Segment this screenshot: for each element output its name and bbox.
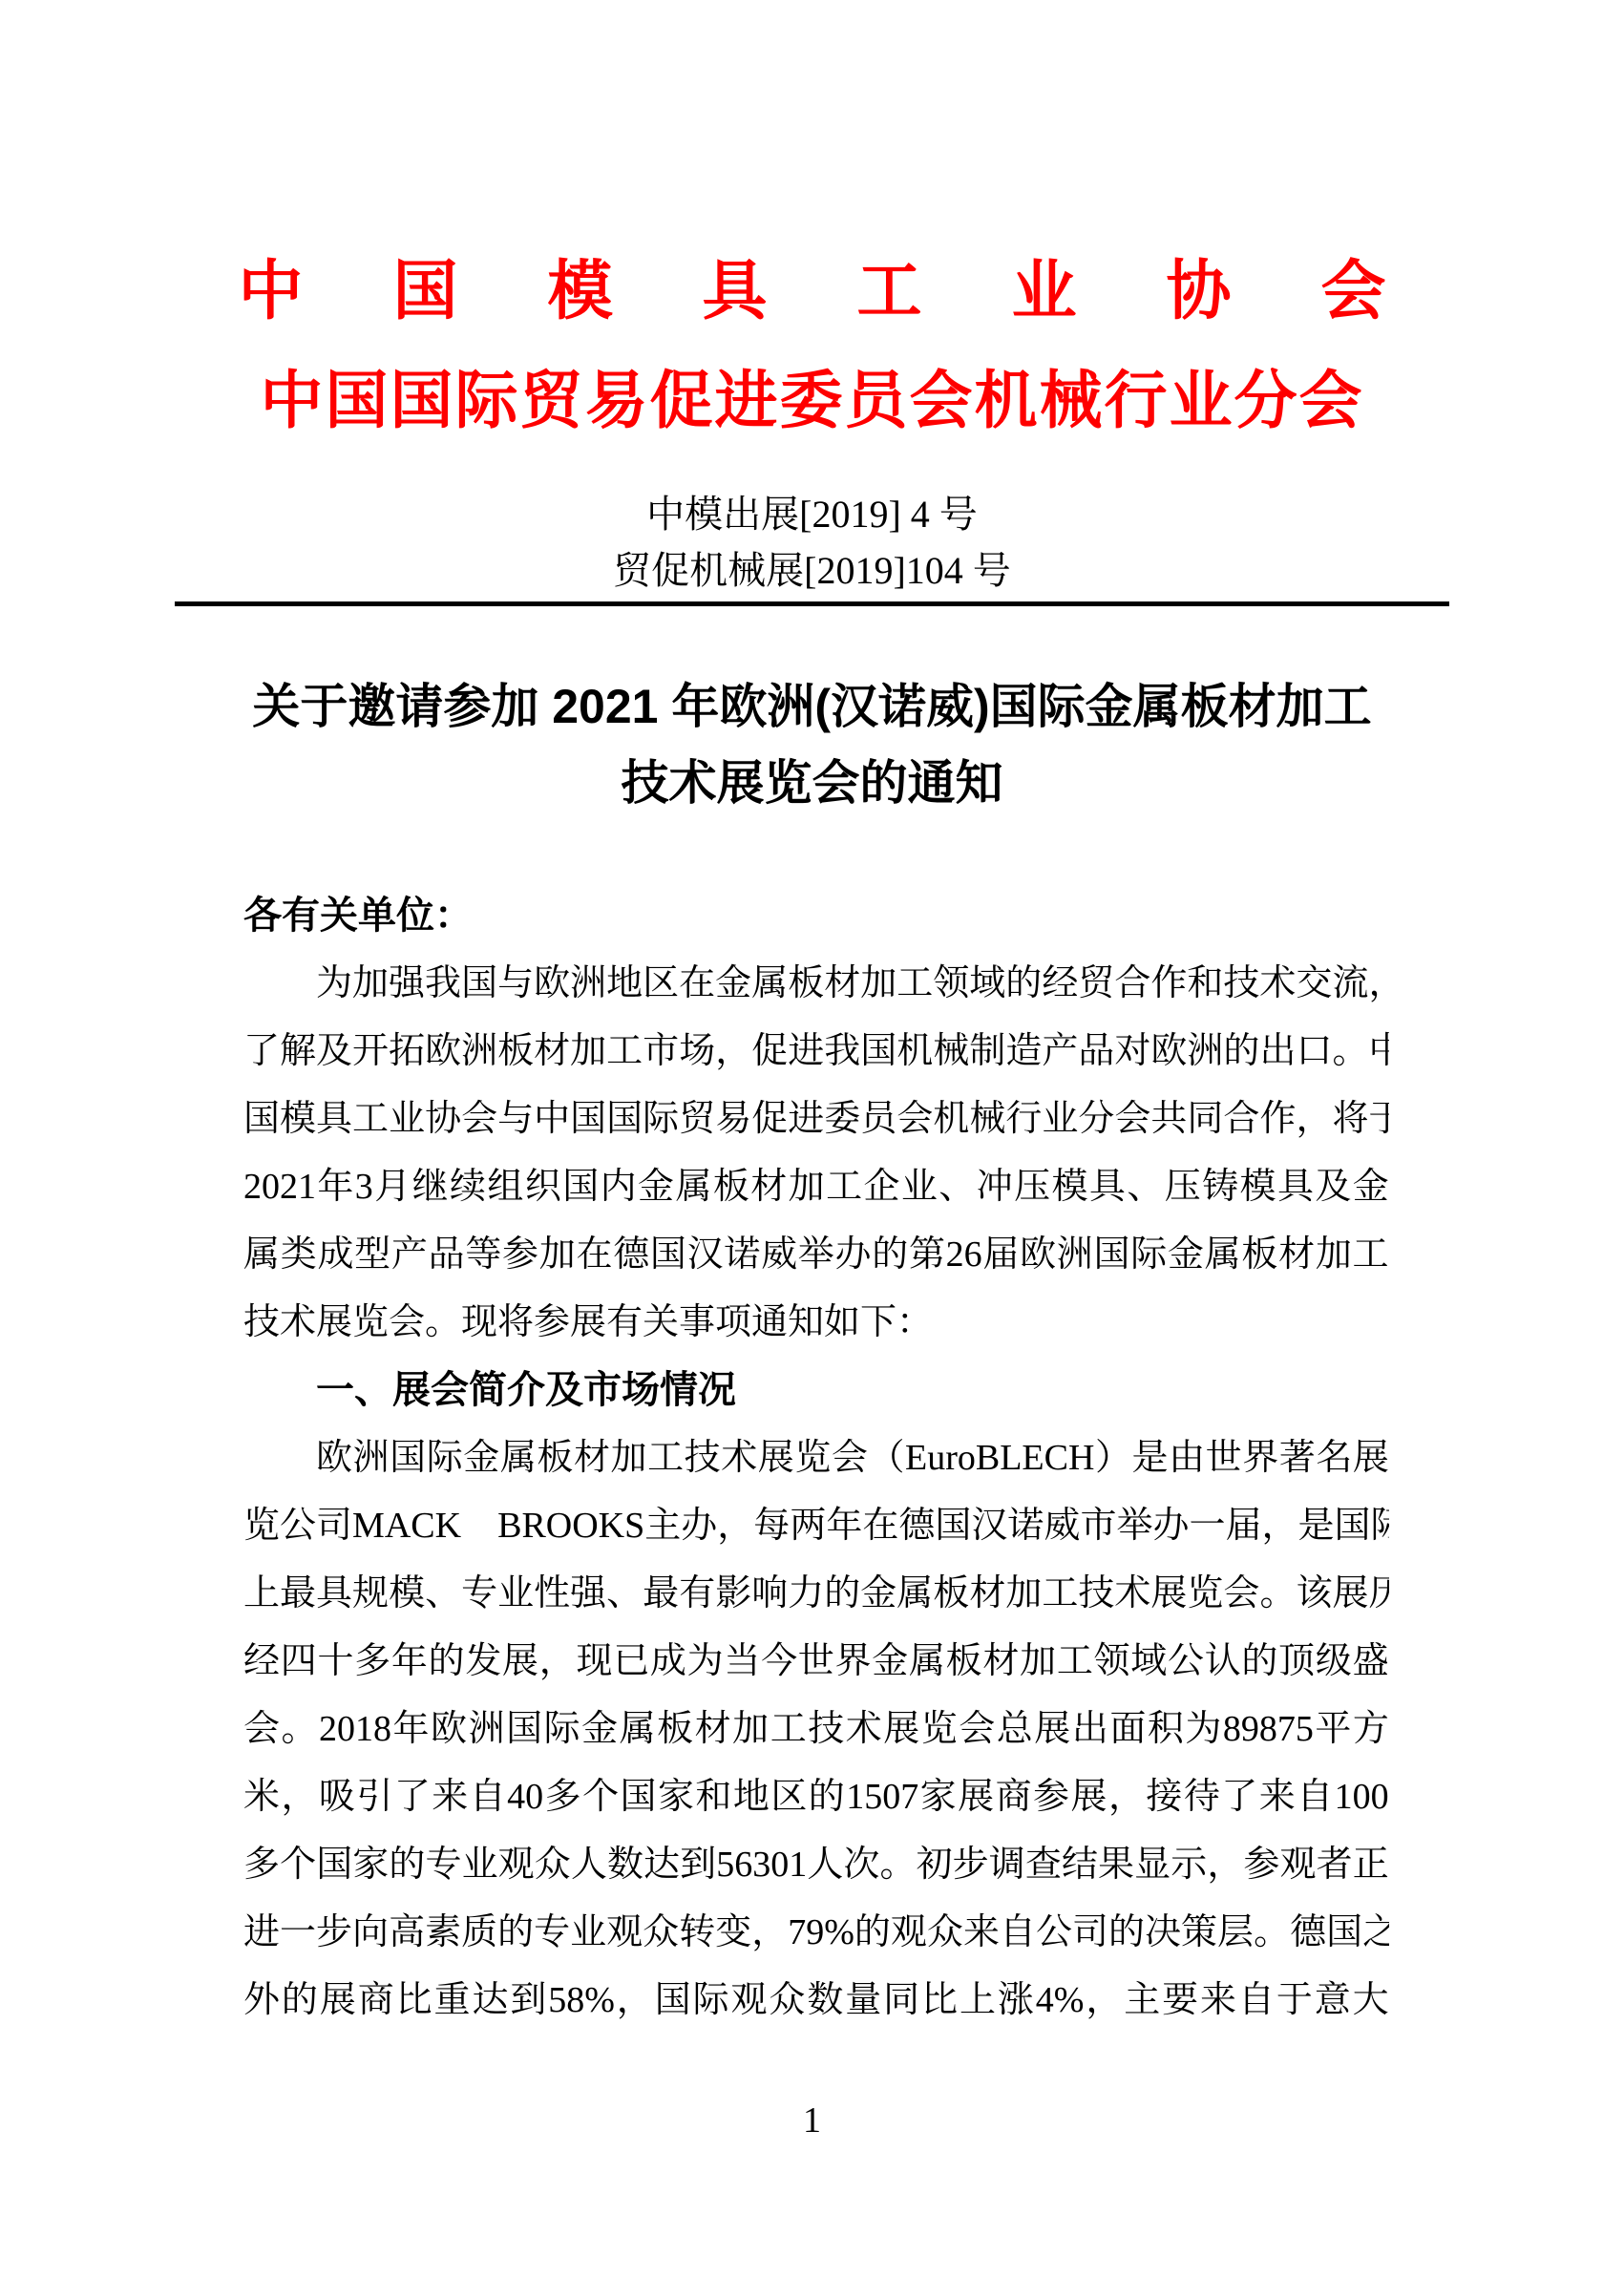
salutation: 各有关单位： bbox=[243, 882, 1389, 950]
notice-title: 关于邀请参加 2021 年欧洲(汉诺威)国际金属板材加工 技术展览会的通知 bbox=[0, 668, 1624, 821]
notice-title-line-1: 关于邀请参加 2021 年欧洲(汉诺威)国际金属板材加工 bbox=[0, 668, 1624, 745]
body-text-line: 览公司MACK BROOKS主办，每两年在德国汉诺威市举办一届，是国际 bbox=[243, 1492, 1389, 1560]
document-number-line: 贸促机械展[2019]104 号 bbox=[0, 542, 1624, 599]
org-name-secondary: 中国国际贸易促进委员会机械行业分会 bbox=[0, 369, 1624, 435]
body-text-line: 米，吸引了来自40多个国家和地区的1507家展商参展，接待了来自100 bbox=[243, 1763, 1389, 1831]
paragraph-2: 欧洲国际金属板材加工技术展览会（EuroBLECH）是由世界著名展览公司MACK… bbox=[243, 1424, 1389, 2035]
notice-body: 各有关单位： 为加强我国与欧洲地区在金属板材加工领域的经贸合作和技术交流，了解及… bbox=[243, 882, 1389, 2035]
body-text-line: 上最具规模、专业性强、最有影响力的金属板材加工技术展览会。该展历 bbox=[243, 1560, 1389, 1628]
header-divider-rule bbox=[175, 601, 1449, 606]
body-text-line: 经四十多年的发展，现已成为当今世界金属板材加工领域公认的顶级盛 bbox=[243, 1628, 1389, 1696]
body-text-line: 国模具工业协会与中国国际贸易促进委员会机械行业分会共同合作，将于 bbox=[243, 1086, 1389, 1153]
body-text-line: 欧洲国际金属板材加工技术展览会（EuroBLECH）是由世界著名展 bbox=[243, 1424, 1389, 1492]
body-text-line: 多个国家的专业观众人数达到56301人次。初步调查结果显示，参观者正 bbox=[243, 1831, 1389, 1899]
body-text-line: 2021年3月继续组织国内金属板材加工企业、冲压模具、压铸模具及金 bbox=[243, 1153, 1389, 1221]
notice-title-line-2: 技术展览会的通知 bbox=[0, 745, 1624, 821]
body-text-line: 外的展商比重达到58%，国际观众数量同比上涨4%，主要来自于意大 bbox=[243, 1967, 1389, 2035]
org-name-primary-text: 中国模具工业协会 bbox=[238, 258, 1475, 325]
document-page: 中国模具工业协会 中国国际贸易促进委员会机械行业分会 中模出展[2019] 4 … bbox=[0, 0, 1624, 2278]
body-text-line: 技术展览会。现将参展有关事项通知如下： bbox=[243, 1289, 1389, 1357]
body-text-line: 了解及开拓欧洲板材加工市场，促进我国机械制造产品对欧洲的出口。中 bbox=[243, 1018, 1389, 1086]
document-number-line: 中模出展[2019] 4 号 bbox=[0, 486, 1624, 542]
page-number: 1 bbox=[0, 2097, 1624, 2144]
paragraph-1: 为加强我国与欧洲地区在金属板材加工领域的经贸合作和技术交流，了解及开拓欧洲板材加… bbox=[243, 950, 1389, 1357]
org-name-primary: 中国模具工业协会 bbox=[0, 0, 1624, 325]
body-text-line: 为加强我国与欧洲地区在金属板材加工领域的经贸合作和技术交流， bbox=[243, 950, 1389, 1018]
section-1-heading: 一、展会简介及市场情况 bbox=[243, 1357, 1389, 1424]
body-text-line: 进一步向高素质的专业观众转变，79%的观众来自公司的决策层。德国之 bbox=[243, 1899, 1389, 1967]
body-text-line: 会。2018年欧洲国际金属板材加工技术展览会总展出面积为89875平方 bbox=[243, 1696, 1389, 1763]
document-numbers: 中模出展[2019] 4 号 贸促机械展[2019]104 号 bbox=[0, 486, 1624, 599]
body-text-line: 属类成型产品等参加在德国汉诺威举办的第26届欧洲国际金属板材加工 bbox=[243, 1221, 1389, 1289]
